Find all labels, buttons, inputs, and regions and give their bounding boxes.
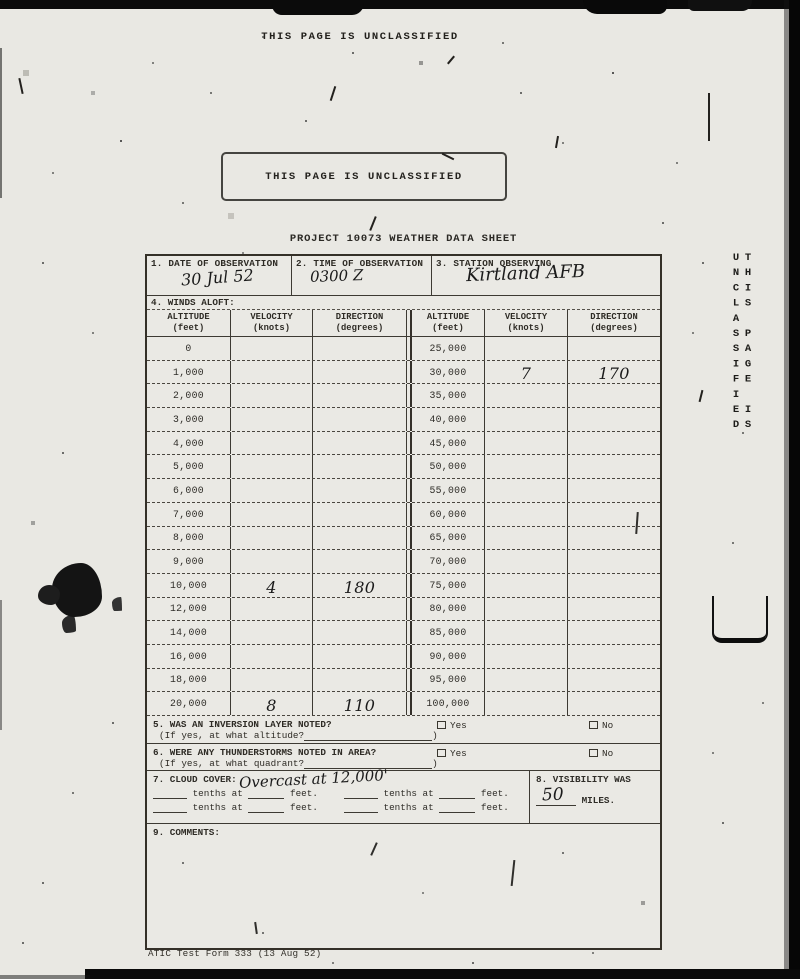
velocity-header: VELOCITY (knots) [231,310,313,336]
header-unit: (feet) [173,323,205,334]
altitude-cell: 10,000 [147,574,231,597]
q7-label: 7. CLOUD COVER: [153,774,237,785]
header-unit: (feet) [432,323,464,334]
tenths-label: tenths at [193,788,243,799]
scratch-mark [18,78,23,94]
winds-row: 2,00035,000 [147,384,660,408]
scan-edge-mark [583,0,667,14]
direction-cell [568,550,660,573]
direction-cell [313,455,406,478]
winds-row: 16,00090,000 [147,645,660,669]
q6-no-option: No [589,748,613,759]
velocity-cell [231,503,313,526]
scan-edge-bottom [85,969,800,979]
comments-field: 9. COMMENTS: [147,824,660,948]
winds-row: 1,00030,0007170 [147,361,660,385]
tenths-label: tenths at [193,802,243,813]
form-title: PROJECT 10073 WEATHER DATA SHEET [145,233,662,245]
date-of-observation-field: 1. DATE OF OBSERVATION 30 Jul 52 [147,256,292,295]
velocity-cell [231,598,313,621]
velocity-cell [231,384,313,407]
altitude-cell: 85,000 [412,621,485,644]
tenths-blank [153,790,187,799]
cloud-cover-field: 7. CLOUD COVER: Overcast at 12,000' tent… [147,771,529,823]
header-line: ALTITUDE [427,312,469,323]
altitude-cell: 18,000 [147,669,231,692]
q6-sub-label: (If yes, at what quadrant? [159,758,304,769]
q5-no-checkbox[interactable] [589,721,598,729]
cloud-cover-blank-line: tenths at feet. tenths at feet. [153,788,523,799]
altitude-cell: 90,000 [412,645,485,668]
direction-cell [313,337,406,360]
direction-cell: 110 [313,692,406,715]
velocity-cell [485,503,568,526]
velocity-cell [231,550,313,573]
q9-label: 9. COMMENTS: [153,827,220,838]
winds-row: 6,00055,000 [147,479,660,503]
direction-cell [568,645,660,668]
tenths-blank [344,804,378,813]
tenths-blank [153,804,187,813]
altitude-cell: 8,000 [147,527,231,550]
unclassified-stamp: THIS PAGE IS UNCLASSIFIED [221,152,507,201]
scratch-mark [369,216,376,231]
q6-yes-checkbox[interactable] [437,749,446,757]
altitude-cell: 65,000 [412,527,485,550]
scratch-mark [708,93,710,141]
winds-table-header: ALTITUDE (feet) VELOCITY (knots) DIRECTI… [147,309,660,337]
altitude-cell: 14,000 [147,621,231,644]
altitude-cell: 30,000 [412,361,485,384]
velocity-cell [231,479,313,502]
header-unit: (knots) [253,323,290,334]
visibility-value-line: 50 MILES. [536,792,654,806]
velocity-cell [485,337,568,360]
direction-cell: 170 [568,361,660,384]
header-line: VELOCITY [505,312,547,323]
scratch-mark [330,86,337,101]
velocity-cell [485,455,568,478]
feet-blank [439,804,475,813]
direction-cell [568,479,660,502]
direction-cell [313,432,406,455]
ink-blot [52,563,102,617]
scan-edge-left [0,48,2,198]
velocity-cell [485,527,568,550]
direction-cell [568,337,660,360]
velocity-cell: 4 [231,574,313,597]
velocity-cell [485,432,568,455]
q6-label: 6. WERE ANY THUNDERSTORMS NOTED IN AREA? [153,747,376,758]
header-line: VELOCITY [250,312,292,323]
direction-cell [568,503,660,526]
direction-cell [313,669,406,692]
feet-blank [248,790,284,799]
q5-sub-close: ) [432,730,438,741]
time-of-observation-field: 2. TIME OF OBSERVATION 0300 Z [292,256,432,295]
winds-row: 9,00070,000 [147,550,660,574]
visibility-field: 8. VISIBILITY WAS 50 MILES. [529,771,660,823]
direction-cell [313,621,406,644]
velocity-cell [231,621,313,644]
altitude-cell: 80,000 [412,598,485,621]
station-observing-field: 3. STATION OBSERVING Kirtland AFB [432,256,660,295]
altitude-cell: 55,000 [412,479,485,502]
feet-blank [248,804,284,813]
q5-sub-label: (If yes, at what altitude? [159,730,304,741]
altitude-cell: 6,000 [147,479,231,502]
header-unit: (degrees) [336,323,384,334]
altitude-cell: 95,000 [412,669,485,692]
winds-row: 18,00095,000 [147,669,660,693]
cloud-visibility-row: 7. CLOUD COVER: Overcast at 12,000' tent… [147,771,660,824]
velocity-header: VELOCITY (knots) [485,310,568,336]
altitude-cell: 0 [147,337,231,360]
velocity-cell [231,527,313,550]
q5-label: 5. WAS AN INVERSION LAYER NOTED? [153,719,332,730]
miles-label: MILES. [582,795,615,806]
scan-edge-mark [688,0,752,11]
q6-sub-close: ) [432,758,438,769]
feet-label: feet. [481,802,509,813]
altitude-cell: 20,000 [147,692,231,715]
velocity-cell [485,598,568,621]
winds-row: 4,00045,000 [147,432,660,456]
top-banner-text: THIS PAGE IS UNCLASSIFIED [0,31,720,43]
tenths-label: tenths at [384,802,434,813]
direction-cell [568,598,660,621]
scratch-mark [699,390,704,402]
scratch-mark [555,136,559,148]
velocity-cell [231,337,313,360]
direction-cell [568,527,660,550]
winds-row: 8,00065,000 [147,527,660,551]
altitude-cell: 5,000 [147,455,231,478]
altitude-cell: 16,000 [147,645,231,668]
velocity-cell [485,574,568,597]
scan-edge-right-shadow [784,0,789,979]
velocity-cell [485,408,568,431]
header-line: DIRECTION [336,312,384,323]
direction-cell [568,408,660,431]
altitude-cell: 2,000 [147,384,231,407]
weather-data-form: 1. DATE OF OBSERVATION 30 Jul 52 2. TIME… [145,254,662,950]
direction-cell [313,361,406,384]
altitude-cell: 100,000 [412,692,485,715]
direction-cell [568,384,660,407]
direction-cell [313,645,406,668]
altitude-cell: 12,000 [147,598,231,621]
date-handwritten-value: 30 Jul 52 [180,265,254,289]
header-line: DIRECTION [590,312,638,323]
feet-label: feet. [290,788,318,799]
q6-yes-option: Yes [437,748,467,759]
altitude-cell: 70,000 [412,550,485,573]
stamp-bracket-mark [712,596,768,643]
q6-no-checkbox[interactable] [589,749,598,757]
winds-row: 12,00080,000 [147,598,660,622]
thunderstorms-question: 6. WERE ANY THUNDERSTORMS NOTED IN AREA?… [147,744,660,771]
direction-cell [568,455,660,478]
velocity-cell [231,432,313,455]
scan-edge-left [0,600,2,730]
direction-header: DIRECTION (degrees) [568,310,660,336]
altitude-cell: 1,000 [147,361,231,384]
velocity-cell [231,669,313,692]
direction-cell [313,550,406,573]
visibility-blank: 50 [536,792,576,806]
direction-cell [568,621,660,644]
feet-label: feet. [290,802,318,813]
altitude-cell: 50,000 [412,455,485,478]
inversion-layer-question: 5. WAS AN INVERSION LAYER NOTED? (If yes… [147,716,660,744]
direction-cell [568,669,660,692]
header-unit: (degrees) [590,323,638,334]
station-handwritten-value: Kirtland AFB [466,261,586,286]
altitude-cell: 7,000 [147,503,231,526]
direction-cell [568,432,660,455]
tenths-blank [344,790,378,799]
direction-cell [568,574,660,597]
header-line: ALTITUDE [167,312,209,323]
tenths-label: tenths at [384,788,434,799]
q5-no-label: No [602,720,613,731]
paper-specks [0,0,2,2]
q8-label: 8. VISIBILITY WAS [536,774,631,785]
q6-no-label: No [602,748,613,759]
q5-no-option: No [589,720,613,731]
scan-edge-right [789,0,800,979]
side-unclassified-text: THIS PAGE IS UNCLASSIFIED [730,252,754,612]
velocity-cell [485,645,568,668]
winds-row: 7,00060,000 [147,503,660,527]
winds-aloft-label: 4. WINDS ALOFT: [147,296,660,309]
direction-header: DIRECTION (degrees) [313,310,406,336]
q5-altitude-blank [304,732,432,741]
q5-yes-option: Yes [437,720,467,731]
velocity-cell: 8 [231,692,313,715]
form-number-footer: ATIC Test Form 333 (13 Aug 52) [148,948,321,959]
altitude-cell: 3,000 [147,408,231,431]
velocity-cell [485,692,568,715]
direction-cell [313,479,406,502]
scan-edge-top [0,0,800,9]
velocity-cell [485,550,568,573]
direction-cell [568,692,660,715]
winds-row: 20,0008110100,000 [147,692,660,716]
velocity-cell [485,621,568,644]
altitude-header: ALTITUDE (feet) [412,310,485,336]
scratch-mark [447,56,455,65]
header-unit: (knots) [508,323,545,334]
direction-cell [313,384,406,407]
stamp-text: THIS PAGE IS UNCLASSIFIED [265,171,463,183]
observation-header-row: 1. DATE OF OBSERVATION 30 Jul 52 2. TIME… [147,256,660,296]
direction-cell [313,408,406,431]
altitude-header: ALTITUDE (feet) [147,310,231,336]
scan-edge-bottom-shadow [0,975,90,979]
velocity-cell [485,384,568,407]
time-handwritten-value: 0300 Z [310,266,364,286]
direction-cell [313,503,406,526]
velocity-cell [485,479,568,502]
velocity-cell [231,408,313,431]
cloud-cover-blank-line: tenths at feet. tenths at feet. [153,802,523,813]
q5-yes-checkbox[interactable] [437,721,446,729]
feet-label: feet. [481,788,509,799]
q6-yes-label: Yes [450,748,467,759]
velocity-cell [485,669,568,692]
scan-edge-mark [272,0,364,15]
winds-row: 5,00050,000 [147,455,660,479]
velocity-cell [231,361,313,384]
winds-row: 3,00040,000 [147,408,660,432]
direction-cell [313,598,406,621]
velocity-cell: 7 [485,361,568,384]
altitude-cell: 9,000 [147,550,231,573]
direction-cell: 180 [313,574,406,597]
velocity-cell [231,645,313,668]
altitude-cell: 4,000 [147,432,231,455]
winds-row: 14,00085,000 [147,621,660,645]
winds-row: 10,000418075,000 [147,574,660,598]
altitude-cell: 25,000 [412,337,485,360]
winds-row: 025,000 [147,337,660,361]
altitude-cell: 60,000 [412,503,485,526]
altitude-cell: 75,000 [412,574,485,597]
q5-yes-label: Yes [450,720,467,731]
altitude-cell: 40,000 [412,408,485,431]
visibility-handwritten-value: 50 [542,785,564,806]
feet-blank [439,790,475,799]
altitude-cell: 45,000 [412,432,485,455]
velocity-cell [231,455,313,478]
altitude-cell: 35,000 [412,384,485,407]
direction-cell [313,527,406,550]
